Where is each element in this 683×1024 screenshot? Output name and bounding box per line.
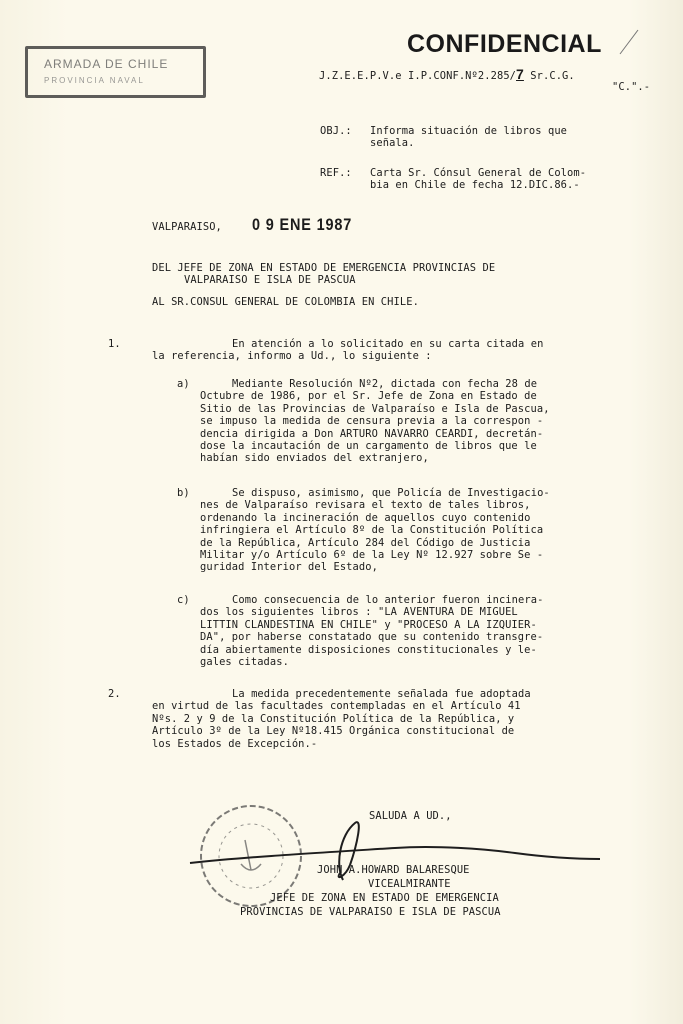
- signatory-title-line1: JEFE DE ZONA EN ESTADO DE EMERGENCIA: [270, 892, 499, 904]
- text-line: infringiera el Artículo 8º de la Constit…: [200, 524, 543, 536]
- stamp-line1: ARMADA DE CHILE: [44, 57, 168, 71]
- dateline-city: VALPARAISO,: [152, 221, 222, 233]
- text-line: en virtud de las facultades contempladas…: [152, 700, 521, 712]
- text-line: Como consecuencia de lo anterior fueron …: [232, 594, 543, 606]
- obj-line1: Informa situación de libros que: [370, 125, 567, 137]
- text-line: dencia dirigida a Don ARTURO NAVARRO CEA…: [200, 428, 543, 440]
- text-line: de la República, Artículo 284 del Código…: [200, 537, 531, 549]
- from-line1: DEL JEFE DE ZONA EN ESTADO DE EMERGENCIA…: [152, 262, 495, 274]
- from-line2: VALPARAISO E ISLA DE PASCUA: [184, 274, 356, 286]
- text-line: dose la incautación de un cargamento de …: [200, 440, 537, 452]
- signatory-name: JOHN A.HOWARD BALARESQUE: [317, 864, 470, 876]
- text-line: ordenando la incineración de aquellos cu…: [200, 512, 531, 524]
- item-a-label: a): [177, 378, 190, 390]
- paragraph-1-line: la referencia, informo a Ud., lo siguien…: [152, 350, 432, 362]
- document-page: ARMADA DE CHILE PROVINCIA NAVAL CONFIDEN…: [0, 0, 683, 1024]
- text-line: Militar y/o Artículo 6º de la Ley Nº 12.…: [200, 549, 543, 561]
- signatory-title-line2: PROVINCIAS DE VALPARAISO E ISLA DE PASCU…: [240, 906, 501, 918]
- ref-label: REF.:: [320, 167, 352, 179]
- text-line: guridad Interior del Estado,: [200, 561, 378, 573]
- institution-stamp: ARMADA DE CHILE PROVINCIA NAVAL: [25, 46, 206, 98]
- paragraph-1-number: 1.: [108, 338, 121, 350]
- obj-label: OBJ.:: [320, 125, 352, 137]
- classification-stamp: CONFIDENCIAL: [407, 30, 602, 59]
- item-b-label: b): [177, 487, 190, 499]
- reference-code: J.Z.E.E.P.V.e I.P.CONF.Nº2.285/7 Sr.C.G.: [319, 68, 575, 82]
- text-line: los Estados de Excepción.-: [152, 738, 317, 750]
- reference-code-line2: "C.".-: [612, 81, 650, 93]
- checkmark-icon: [618, 28, 640, 58]
- text-line: Nºs. 2 y 9 de la Constitución Política d…: [152, 713, 514, 725]
- text-line: nes de Valparaíso revisara el texto de t…: [200, 499, 531, 511]
- handwritten-number: 7: [516, 66, 524, 82]
- text-line: DA", por haberse constatado que su conte…: [200, 631, 543, 643]
- text-line: se impuso la medida de censura previa a …: [200, 415, 543, 427]
- stamp-line2: PROVINCIA NAVAL: [44, 76, 145, 85]
- text-line: LITTIN CLANDESTINA EN CHILE" y "PROCESO …: [200, 619, 537, 631]
- text-line: Mediante Resolución Nº2, dictada con fec…: [232, 378, 537, 390]
- text-line: gales citadas.: [200, 656, 289, 668]
- text-line: Se dispuso, asimismo, que Policía de Inv…: [232, 487, 550, 499]
- text-line: habían sido enviados del extranjero,: [200, 452, 429, 464]
- addressee: AL SR.CONSUL GENERAL DE COLOMBIA EN CHIL…: [152, 296, 419, 308]
- signatory-rank: VICEALMIRANTE: [368, 878, 451, 890]
- text-line: Sitio de las Provincias de Valparaíso e …: [200, 403, 550, 415]
- ref-line1: Carta Sr. Cónsul General de Colom-: [370, 167, 586, 179]
- text-line: La medida precedentemente señalada fue a…: [232, 688, 531, 700]
- item-c-label: c): [177, 594, 190, 606]
- text-line: Octubre de 1986, por el Sr. Jefe de Zona…: [200, 390, 537, 402]
- paragraph-1-line: En atención a lo solicitado en su carta …: [232, 338, 543, 350]
- text-line: dos los siguientes libros : "LA AVENTURA…: [200, 606, 518, 618]
- text-line: día abiertamente disposiciones constituc…: [200, 644, 537, 656]
- date-stamp: 0 9 ENE 1987: [252, 215, 352, 235]
- text-line: Artículo 3º de la Ley Nº18.415 Orgánica …: [152, 725, 514, 737]
- ref-line2: bia en Chile de fecha 12.DIC.86.-: [370, 179, 580, 191]
- paragraph-2-number: 2.: [108, 688, 121, 700]
- obj-line2: señala.: [370, 137, 415, 149]
